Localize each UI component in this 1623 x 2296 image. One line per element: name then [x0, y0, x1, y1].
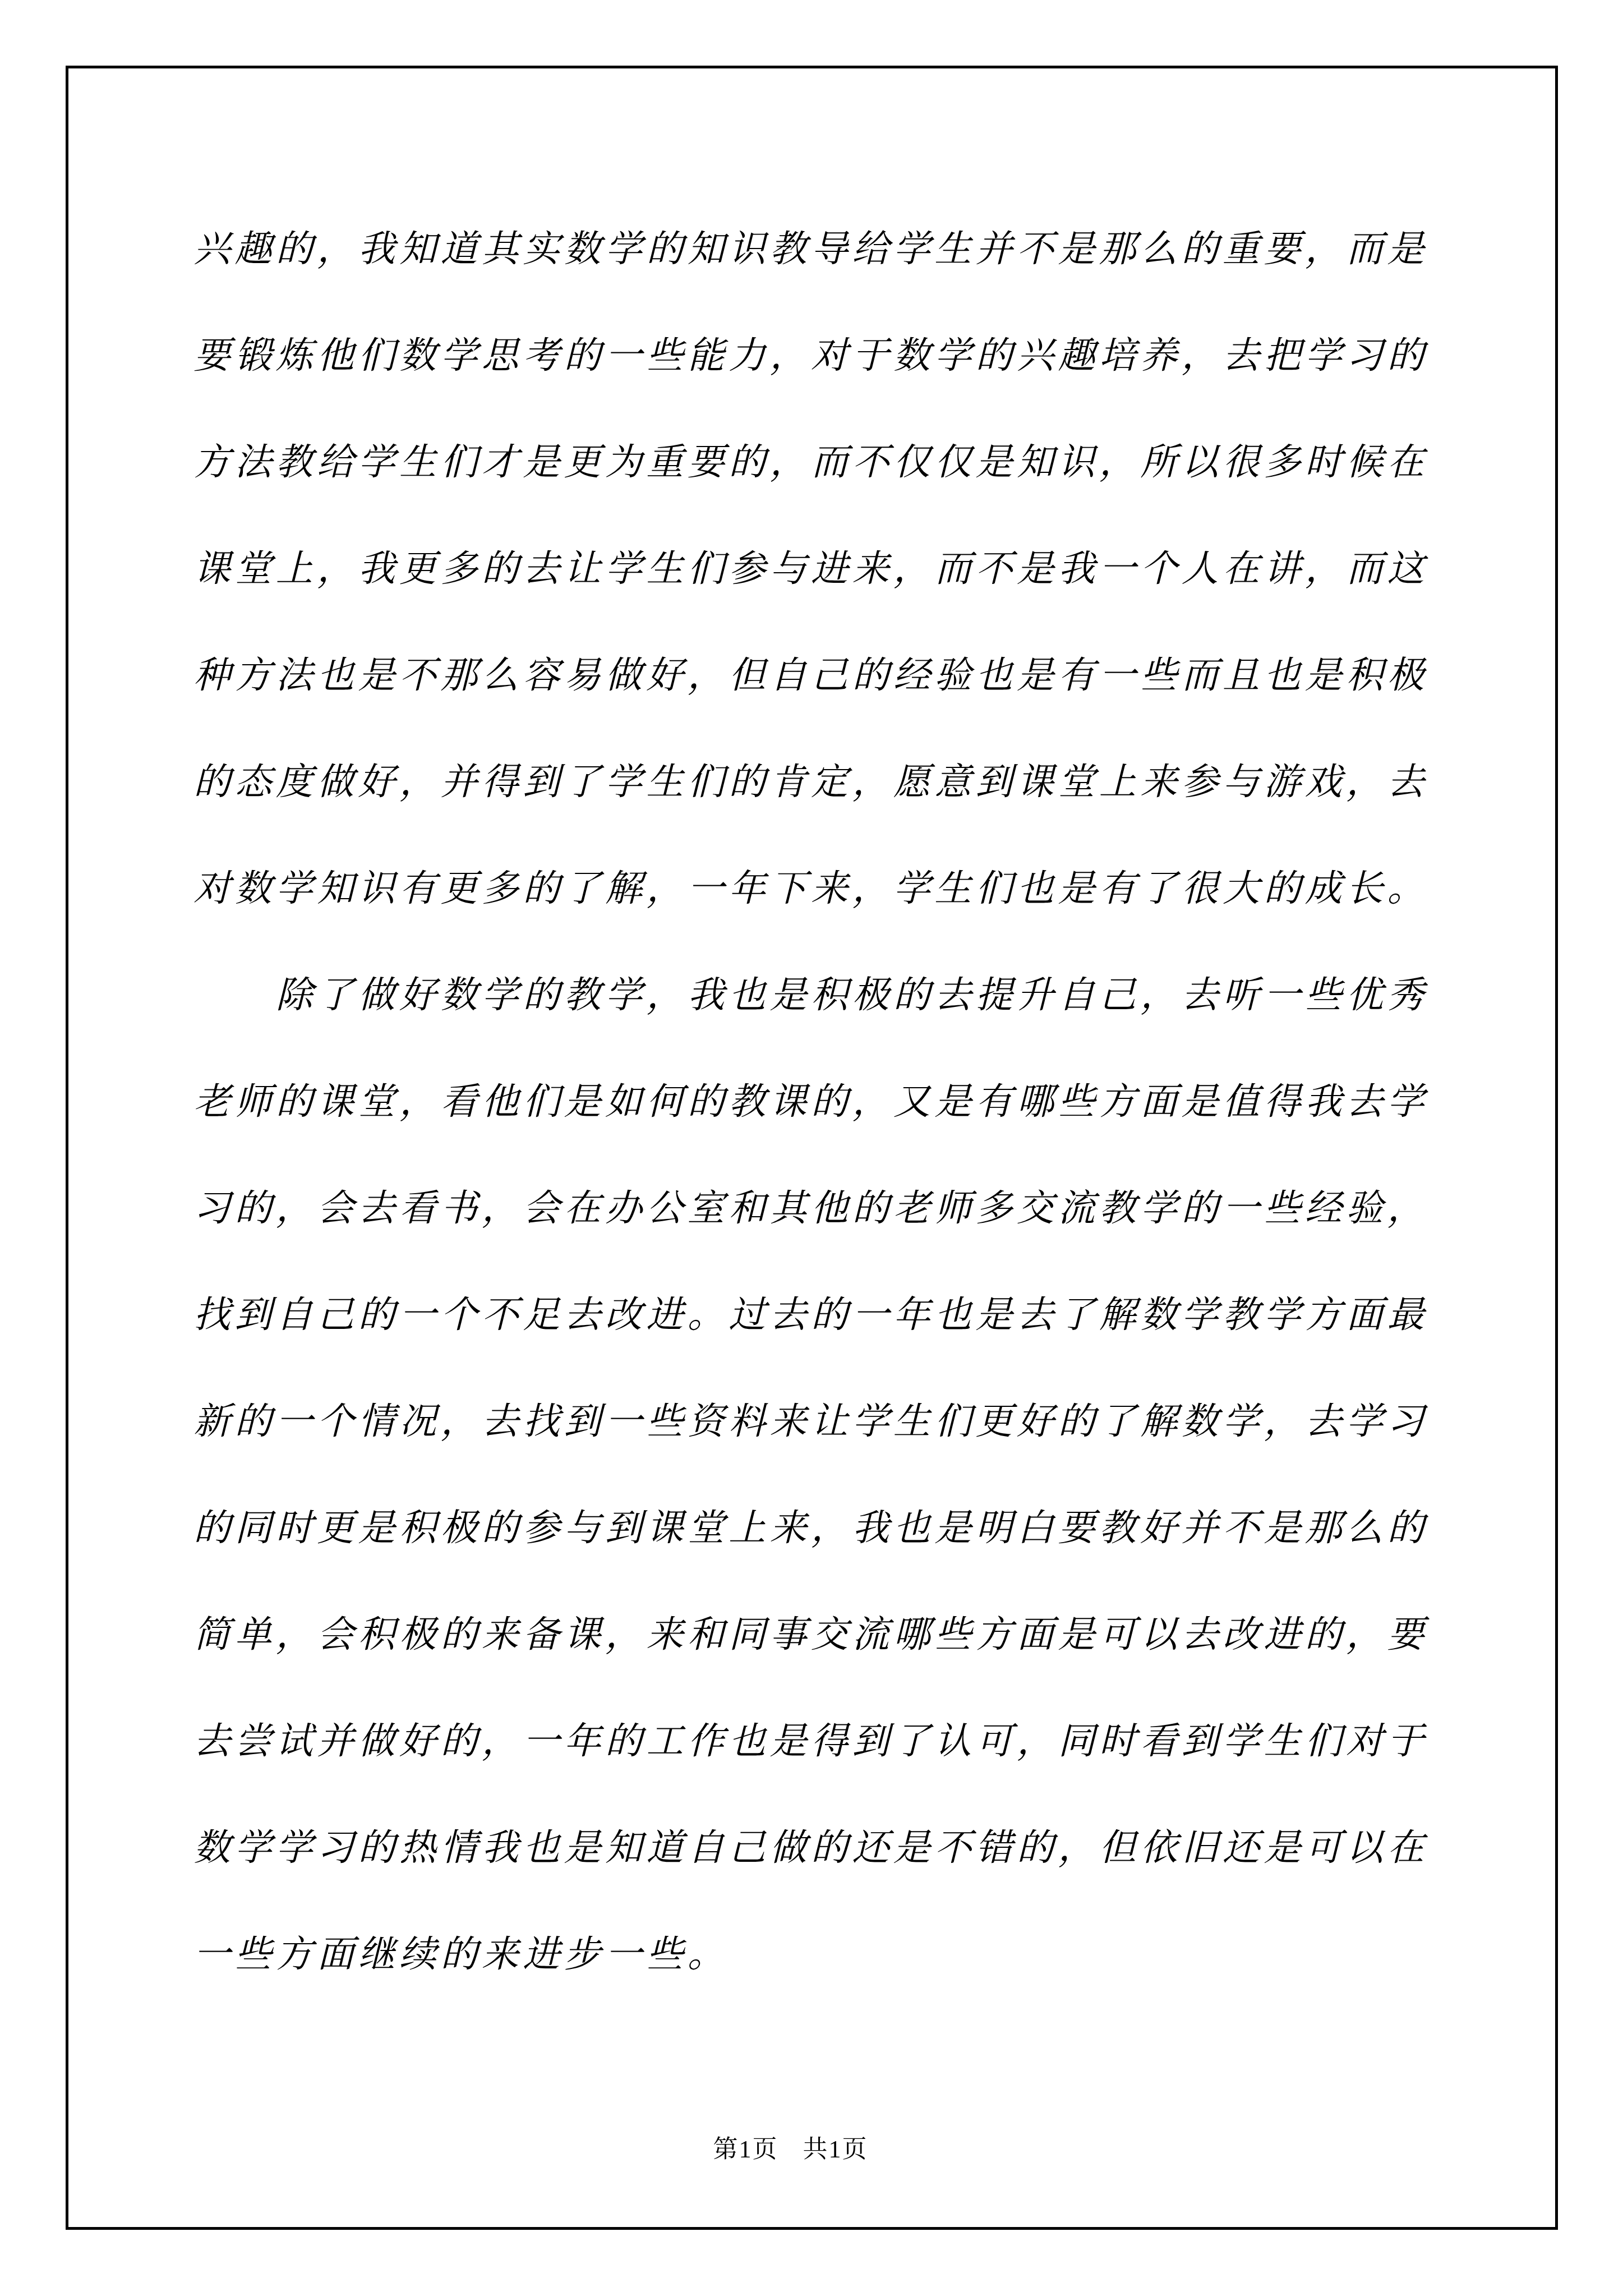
footer-page-total: 共1页 — [803, 2136, 868, 2163]
document-body: 兴趣的，我知道其实数学的知识教导给学生并不是那么的重要，而是要锻炼他们数学思考的… — [193, 196, 1427, 2008]
text-line: 数学学习的热情我也是知道自己做的还是不错的，但依旧还是可以在 — [193, 1795, 1427, 1902]
text-line: 要锻炼他们数学思考的一些能力，对于数学的兴趣培养，去把学习的 — [193, 303, 1427, 409]
text-line: 习的，会去看书，会在办公室和其他的老师多交流教学的一些经验， — [193, 1156, 1427, 1262]
text-line: 的态度做好，并得到了学生们的肯定，愿意到课堂上来参与游戏，去 — [193, 729, 1427, 836]
text-line: 除了做好数学的教学，我也是积极的去提升自己，去听一些优秀 — [193, 942, 1427, 1049]
text-line: 课堂上，我更多的去让学生们参与进来，而不是我一个人在讲，而这 — [193, 516, 1427, 623]
text-line: 找到自己的一个不足去改进。过去的一年也是去了解数学教学方面最 — [193, 1262, 1427, 1369]
page-footer: 第1页共1页 — [44, 2129, 1537, 2165]
text-line: 的同时更是积极的参与到课堂上来，我也是明白要教好并不是那么的 — [193, 1475, 1427, 1582]
text-line: 种方法也是不那么容易做好，但自己的经验也是有一些而且也是积极 — [193, 623, 1427, 729]
text-line: 对数学知识有更多的了解，一年下来，学生们也是有了很大的成长。 — [193, 836, 1427, 942]
text-line: 新的一个情况，去找到一些资料来让学生们更好的了解数学，去学习 — [193, 1369, 1427, 1475]
text-line: 简单，会积极的来备课，来和同事交流哪些方面是可以去改进的，要 — [193, 1582, 1427, 1688]
footer-page-number: 第1页 — [713, 2136, 778, 2163]
text-line: 方法教给学生们才是更为重要的，而不仅仅是知识，所以很多时候在 — [193, 409, 1427, 516]
text-line: 兴趣的，我知道其实数学的知识教导给学生并不是那么的重要，而是 — [193, 196, 1427, 303]
text-line: 老师的课堂，看他们是如何的教课的，又是有哪些方面是值得我去学 — [193, 1049, 1427, 1156]
text-line: 一些方面继续的来进步一些。 — [193, 1902, 1427, 2008]
document-page: 兴趣的，我知道其实数学的知识教导给学生并不是那么的重要，而是要锻炼他们数学思考的… — [0, 0, 1623, 2296]
text-line: 去尝试并做好的，一年的工作也是得到了认可，同时看到学生们对于 — [193, 1688, 1427, 1795]
